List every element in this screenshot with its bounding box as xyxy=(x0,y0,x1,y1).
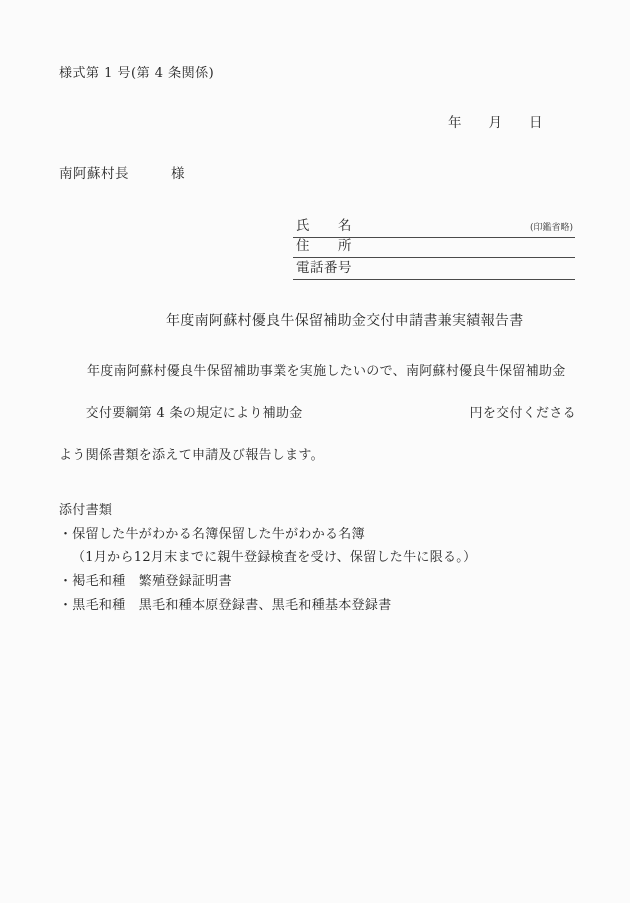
form-number: 様式第 1 号(第 4 条関係) xyxy=(59,62,214,81)
attachments-heading: 添付書類 xyxy=(59,501,476,525)
body-line-2-before: 交付要綱第 4 条の規定により補助金 xyxy=(86,406,303,421)
body-line-1: 年度南阿蘇村優良牛保留補助事業を実施したいので、南阿蘇村優良牛保留補助金 xyxy=(59,361,574,382)
name-field-label: 氏 名 xyxy=(296,214,352,234)
address-field-row[interactable]: 住 所 xyxy=(293,238,575,258)
seal-omitted-note: (印鑑省略) xyxy=(530,220,573,234)
phone-field-row[interactable]: 電話番号 xyxy=(293,258,575,280)
body-paragraph: 年度南阿蘇村優良牛保留補助事業を実施したいので、南阿蘇村優良牛保留補助金 交付要… xyxy=(59,361,574,466)
attachment-item-roster-note: （1月から12月末までに親牛登録検査を受け、保留した牛に限る。） xyxy=(59,548,476,572)
subsidy-amount-blank[interactable] xyxy=(303,416,470,417)
attachment-item-roster: ・保留した牛がわかる名簿保留した牛がわかる名簿 xyxy=(59,525,476,549)
address-field-label: 住 所 xyxy=(296,234,352,254)
body-line-2-after: 円を交付くださる xyxy=(470,406,576,421)
phone-field-label: 電話番号 xyxy=(296,256,352,276)
body-line-3: よう関係書類を添えて申請及び報告します。 xyxy=(59,445,574,466)
attachment-item-akage: ・褐毛和種 繁殖登録証明書 xyxy=(59,572,476,596)
applicant-fields: 氏 名 (印鑑省略) 住 所 電話番号 xyxy=(293,212,575,280)
addressee-line: 南阿蘇村長 様 xyxy=(59,162,185,182)
document-title: 年度南阿蘇村優良牛保留補助金交付申請書兼実績報告書 xyxy=(166,310,524,330)
date-line: 年 月 日 xyxy=(448,111,543,131)
application-form-page: 様式第 1 号(第 4 条関係) 年 月 日 南阿蘇村長 様 氏 名 (印鑑省略… xyxy=(0,0,630,903)
attachment-item-kuroge: ・黒毛和種 黒毛和種本原登録書、黒毛和種基本登録書 xyxy=(59,596,476,620)
attachments-section: 添付書類 ・保留した牛がわかる名簿保留した牛がわかる名簿 （1月から12月末まで… xyxy=(59,501,476,619)
body-line-2: 交付要綱第 4 条の規定により補助金円を交付くださる xyxy=(59,382,574,445)
